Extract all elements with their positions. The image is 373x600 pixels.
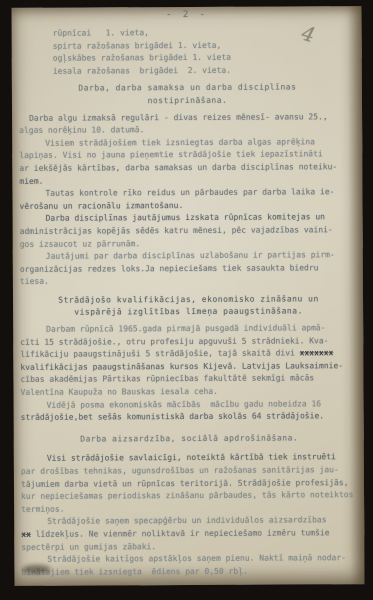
- text-line: tiesa.: [20, 274, 357, 288]
- section-heading: vispārējā izglītības līmeņa paaugstināša…: [20, 306, 357, 320]
- text-line: par drošības tehnikas, ugunsdrošības un …: [21, 464, 358, 478]
- text-line: ar iekšējās kārtības, darba samaksas un …: [19, 161, 356, 175]
- text-fragment: līdzekļus. Ne vienmēr noliktavā ir nepie…: [31, 528, 330, 539]
- text-line: kur nepieciešamas periodiskas zināšanu p…: [21, 489, 358, 503]
- scan-edge-shadow: [347, 6, 364, 584]
- text-line: strādājošie,bet sešās komunistiskā darba…: [21, 410, 358, 424]
- text-line: binātajiem tiek izsniegta ēdiens par 0,5…: [21, 565, 358, 579]
- list-line: iesala ražošanas brigādei 2. vieta.: [53, 64, 356, 78]
- text-line: Tautas kontrole rīko reidus un pārbaudes…: [19, 186, 356, 200]
- section-heading: nostiprināšana.: [19, 94, 356, 108]
- scanned-page: - 2 - rūpnīcai 1. vieta, spirta ražošana…: [11, 6, 364, 586]
- struck-out-text: xx: [21, 530, 31, 539]
- text-line: Strādājošie kaitīgos apstākļos saņem pie…: [21, 552, 358, 566]
- text-line: cības akadēmijas Pārtikas rūpniecības fa…: [20, 373, 357, 387]
- text-line: xx līdzekļus. Ne vienmēr noliktavā ir ne…: [21, 527, 358, 541]
- text-fragment: lifikāciju paaugstinājuši 5 strādājošie,…: [20, 349, 299, 359]
- text-line: organizācijas redzes loks.Ja nepieciešam…: [20, 262, 357, 276]
- section-heading: Strādājošo kvalifikācijas, ekonomisko zi…: [20, 293, 357, 307]
- text-line: administrācijas kopējās sēdēs katru mēne…: [20, 224, 357, 238]
- struck-out-text: xxxxxxx: [300, 348, 334, 357]
- text-line: Darba algu izmaksā regulāri - divas reiz…: [19, 111, 356, 125]
- page-body: - 2 - rūpnīcai 1. vieta, spirta ražošana…: [11, 6, 364, 579]
- section-heading: Darba aizsardzība, sociālā apdrošināšana…: [21, 432, 358, 446]
